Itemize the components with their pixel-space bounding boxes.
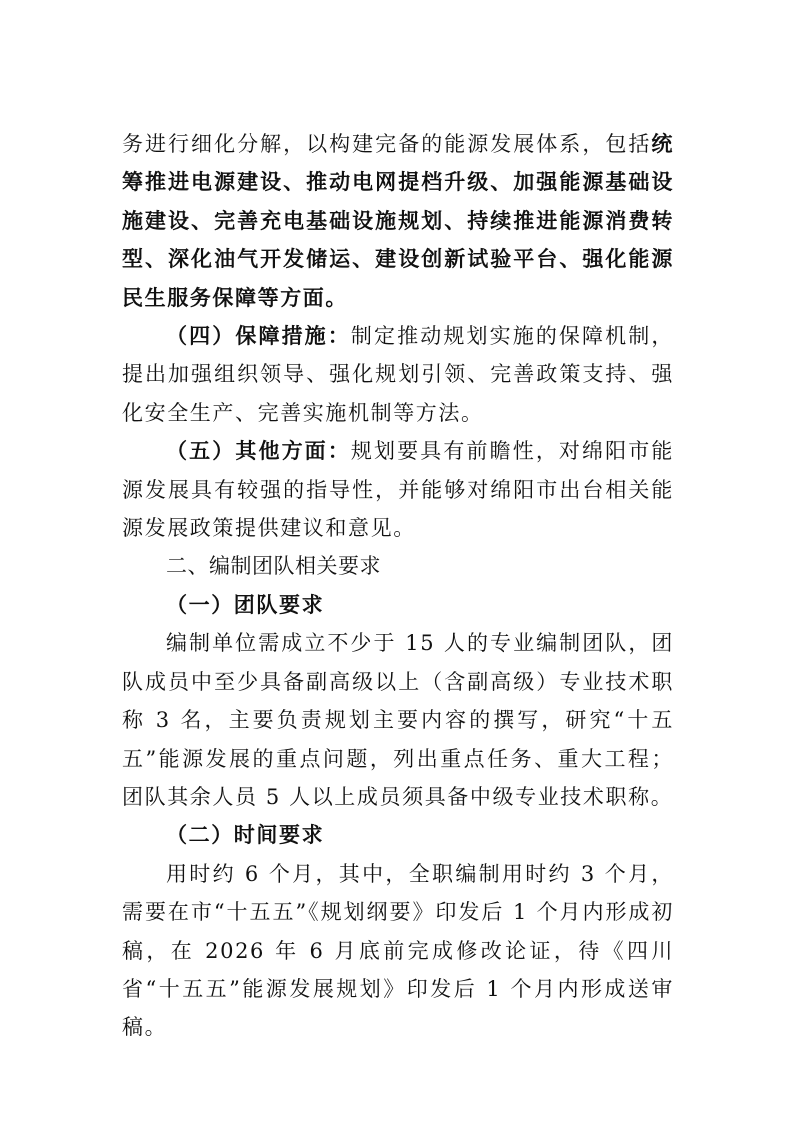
- paragraph-text: 务进行细化分解，以构建完备的能源发展体系，包括: [122, 132, 651, 156]
- paragraph-team-requirements: 编制单位需成立不少于 15 人的专业编制团队，团队成员中至少具备副高级以上（含副…: [122, 624, 674, 816]
- section-heading-team-requirements: 二、编制团队相关要求: [122, 547, 674, 585]
- document-page: 务进行细化分解，以构建完备的能源发展体系，包括统筹推进电源建设、推动电网提档升级…: [0, 0, 793, 1122]
- paragraph-time-requirements: 用时约 6 个月，其中，全职编制用时约 3 个月，需要在市“十五五”《规划纲要》…: [122, 855, 674, 1047]
- paragraph-energy-system: 务进行细化分解，以构建完备的能源发展体系，包括统筹推进电源建设、推动电网提档升级…: [122, 125, 674, 317]
- item-label-safeguard: （四）保障措施：: [166, 323, 351, 348]
- paragraph-safeguard-measures: （四）保障措施：制定推动规划实施的保障机制，提出加强组织领导、强化规划引领、完善…: [122, 317, 674, 432]
- paragraph-other-aspects: （五）其他方面：规划要具有前瞻性，对绵阳市能源发展具有较强的指导性，并能够对绵阳…: [122, 432, 674, 547]
- item-label-other: （五）其他方面：: [166, 438, 351, 463]
- document-body: 务进行细化分解，以构建完备的能源发展体系，包括统筹推进电源建设、推动电网提档升级…: [122, 125, 674, 1047]
- subheading-team: （一）团队要求: [122, 586, 674, 624]
- subheading-time: （二）时间要求: [122, 816, 674, 854]
- paragraph-bold-text: 统筹推进电源建设、推动电网提档升级、加强能源基础设施建设、完善充电基础设施规划、…: [122, 131, 674, 310]
